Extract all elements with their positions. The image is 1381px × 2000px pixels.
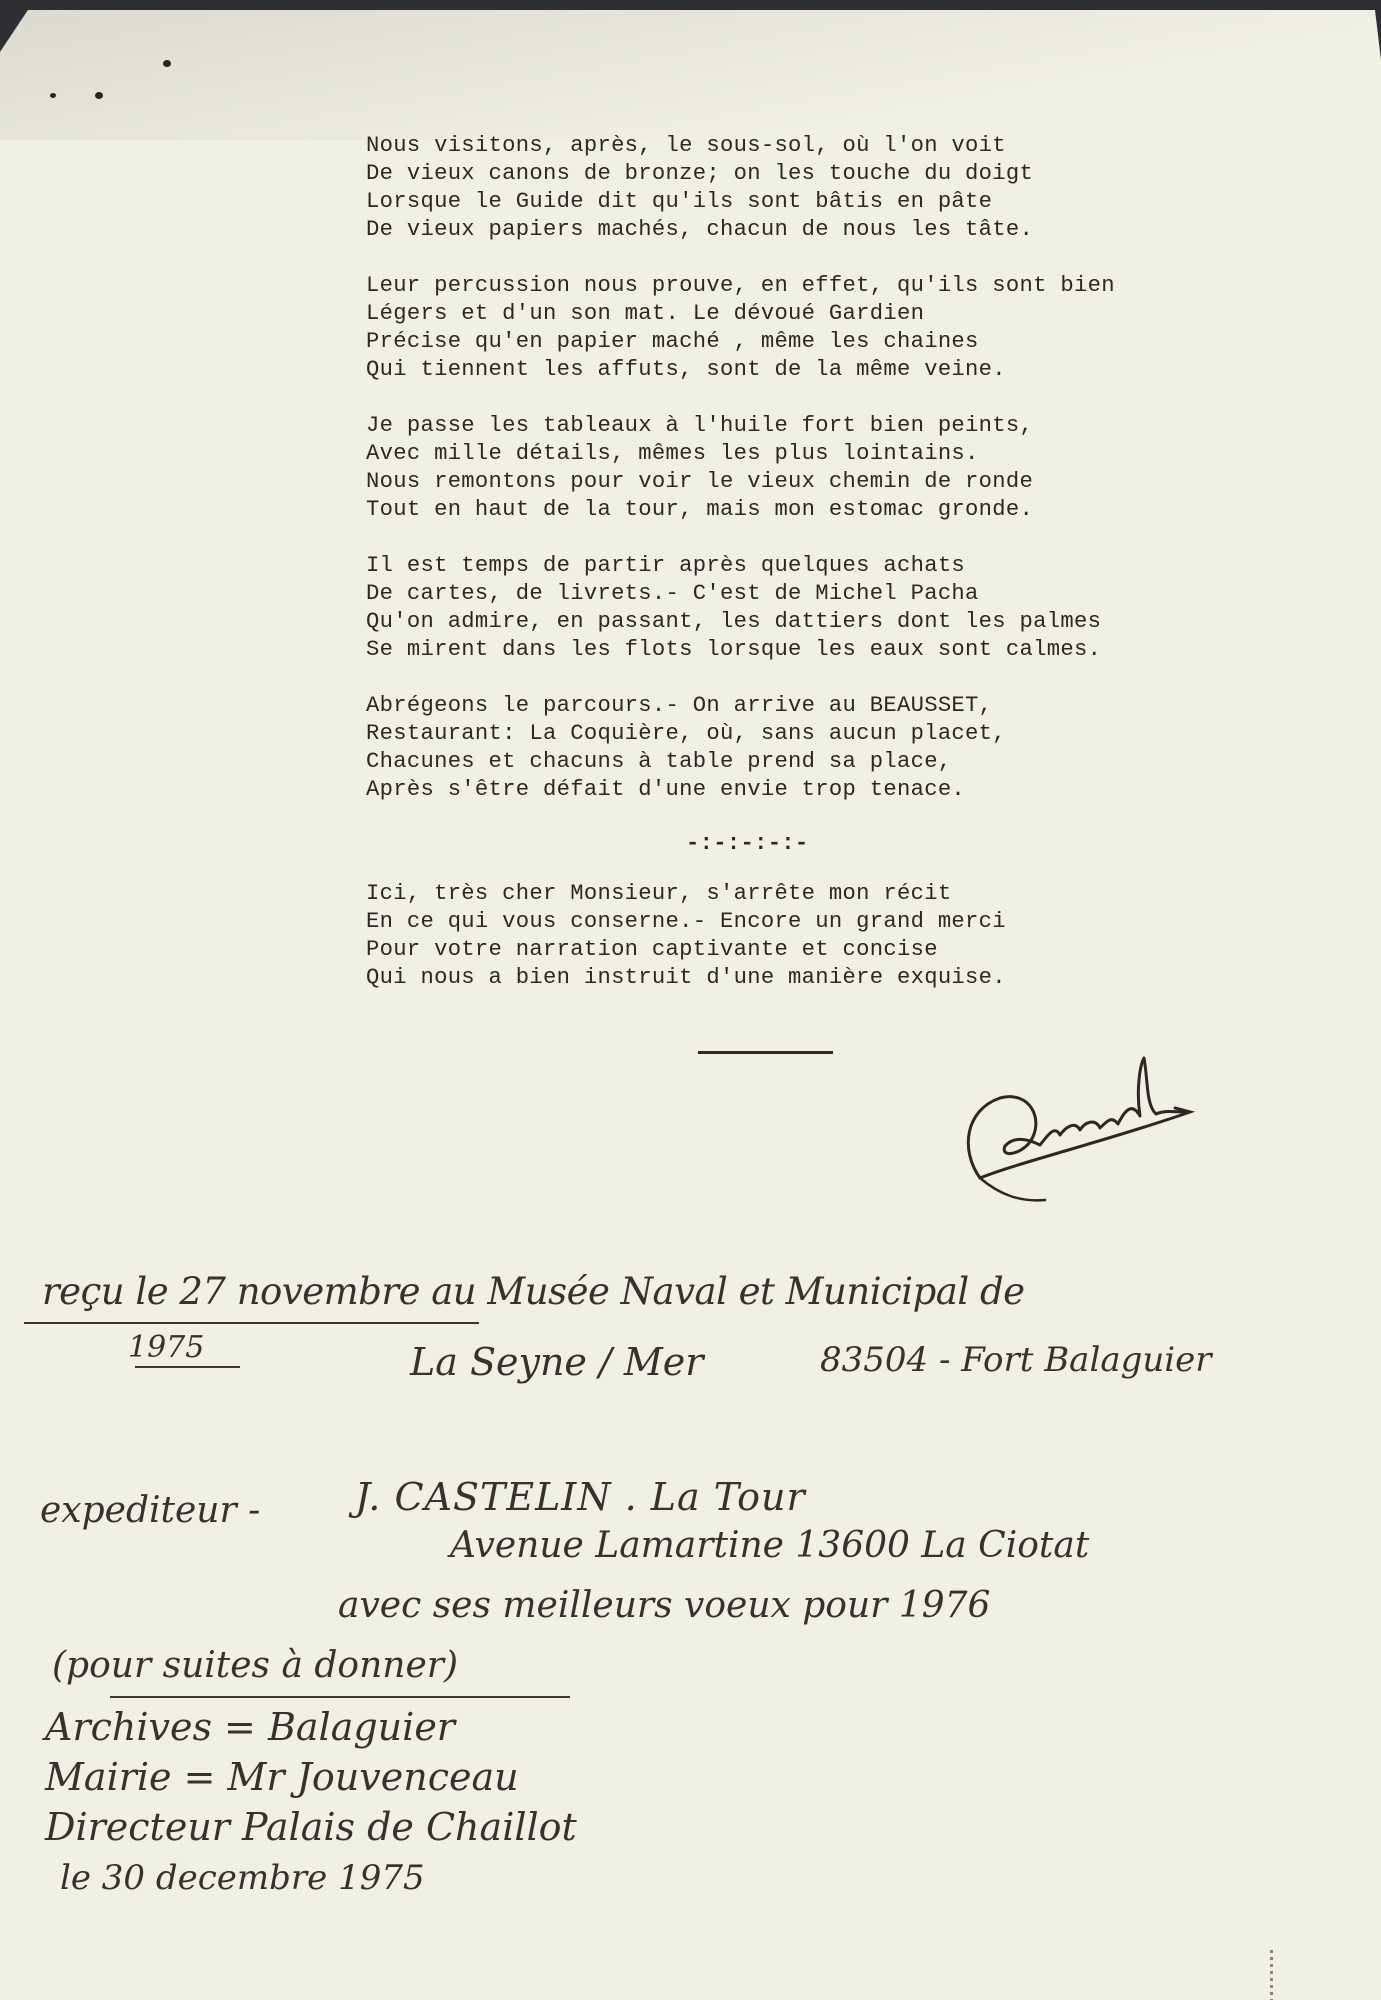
paper-sheet: Nous visitons, après, le sous-sol, où l'… [0, 0, 1381, 2000]
sender-name: J. CASTELIN . La Tour [355, 1475, 806, 1519]
stanza: Leur percussion nous prouve, en effet, q… [366, 272, 1115, 384]
poem-line: Légers et d'un son mat. Le dévoué Gardie… [366, 300, 1115, 328]
poem-line: Ici, très cher Monsieur, s'arrête mon ré… [366, 880, 1115, 908]
poem-line: Il est temps de partir après quelques ac… [366, 552, 1115, 580]
poem-line: Avec mille détails, mêmes les plus loint… [366, 440, 1115, 468]
year-underline [135, 1366, 240, 1368]
poem-line: De cartes, de livrets.- C'est de Michel … [366, 580, 1115, 608]
poem-line: Lorsque le Guide dit qu'ils sont bâtis e… [366, 188, 1115, 216]
poem-line: Pour votre narration captivante et conci… [366, 936, 1115, 964]
poem-line: Nous remontons pour voir le vieux chemin… [366, 468, 1115, 496]
poem-line: Qui nous a bien instruit d'une manière e… [366, 964, 1115, 992]
sender-address: Avenue Lamartine 13600 La Ciotat [450, 1525, 1089, 1566]
received-year: 1975 [128, 1330, 204, 1365]
stanza: Je passe les tableaux à l'huile fort bie… [366, 412, 1115, 524]
end-rule [698, 1051, 833, 1054]
poem-line: Nous visitons, après, le sous-sol, où l'… [366, 132, 1115, 160]
stanza: Il est temps de partir après quelques ac… [366, 552, 1115, 664]
followup-item: Mairie = Mr Jouvenceau [45, 1755, 519, 1799]
staple-hole [50, 93, 56, 98]
poem-line: Tout en haut de la tour, mais mon estoma… [366, 496, 1115, 524]
folded-corner-shadow [0, 0, 1381, 140]
poem-line: Qui tiennent les affuts, sont de la même… [366, 356, 1115, 384]
poem-line: Abrégeons le parcours.- On arrive au BEA… [366, 692, 1115, 720]
poem-line: Restaurant: La Coquière, où, sans aucun … [366, 720, 1115, 748]
paper-specks [1270, 1950, 1273, 2000]
poem-line: De vieux papiers machés, chacun de nous … [366, 216, 1115, 244]
staple-hole [163, 60, 171, 67]
postcode-fort: 83504 - Fort Balaguier [820, 1340, 1212, 1380]
poem-line: Chacunes et chacuns à table prend sa pla… [366, 748, 1115, 776]
poem-line: Leur percussion nous prouve, en effet, q… [366, 272, 1115, 300]
poem-line: En ce qui vous conserne.- Encore un gran… [366, 908, 1115, 936]
note-date: le 30 decembre 1975 [60, 1858, 425, 1898]
signature-icon [960, 1050, 1200, 1210]
poem-line: Après s'être défait d'une envie trop ten… [366, 776, 1115, 804]
wishes-note: avec ses meilleurs voeux pour 1976 [338, 1585, 990, 1626]
followup-item: Archives = Balaguier [45, 1705, 455, 1749]
poem-line: Qu'on admire, en passant, les dattiers d… [366, 608, 1115, 636]
typed-poem: Nous visitons, après, le sous-sol, où l'… [366, 132, 1115, 1020]
received-note: reçu le 27 novembre au Musée Naval et Mu… [42, 1270, 1025, 1313]
poem-line: Se mirent dans les flots lorsque les eau… [366, 636, 1115, 664]
staple-hole [95, 92, 103, 99]
stanza-separator: -:-:-:-:- [686, 830, 1115, 858]
poem-line: Je passe les tableaux à l'huile fort bie… [366, 412, 1115, 440]
received-place: La Seyne / Mer [410, 1340, 703, 1384]
followup-underline [110, 1696, 570, 1698]
stanza: Abrégeons le parcours.- On arrive au BEA… [366, 692, 1115, 804]
stanza: Nous visitons, après, le sous-sol, où l'… [366, 132, 1115, 244]
received-underline [24, 1322, 479, 1324]
poem-line: De vieux canons de bronze; on les touche… [366, 160, 1115, 188]
closing-stanza: Ici, très cher Monsieur, s'arrête mon ré… [366, 880, 1115, 992]
followup-item: Directeur Palais de Chaillot [45, 1805, 577, 1849]
followup-heading: (pour suites à donner) [52, 1645, 458, 1686]
poem-line: Précise qu'en papier maché , même les ch… [366, 328, 1115, 356]
sender-label: expediteur - [40, 1490, 260, 1531]
